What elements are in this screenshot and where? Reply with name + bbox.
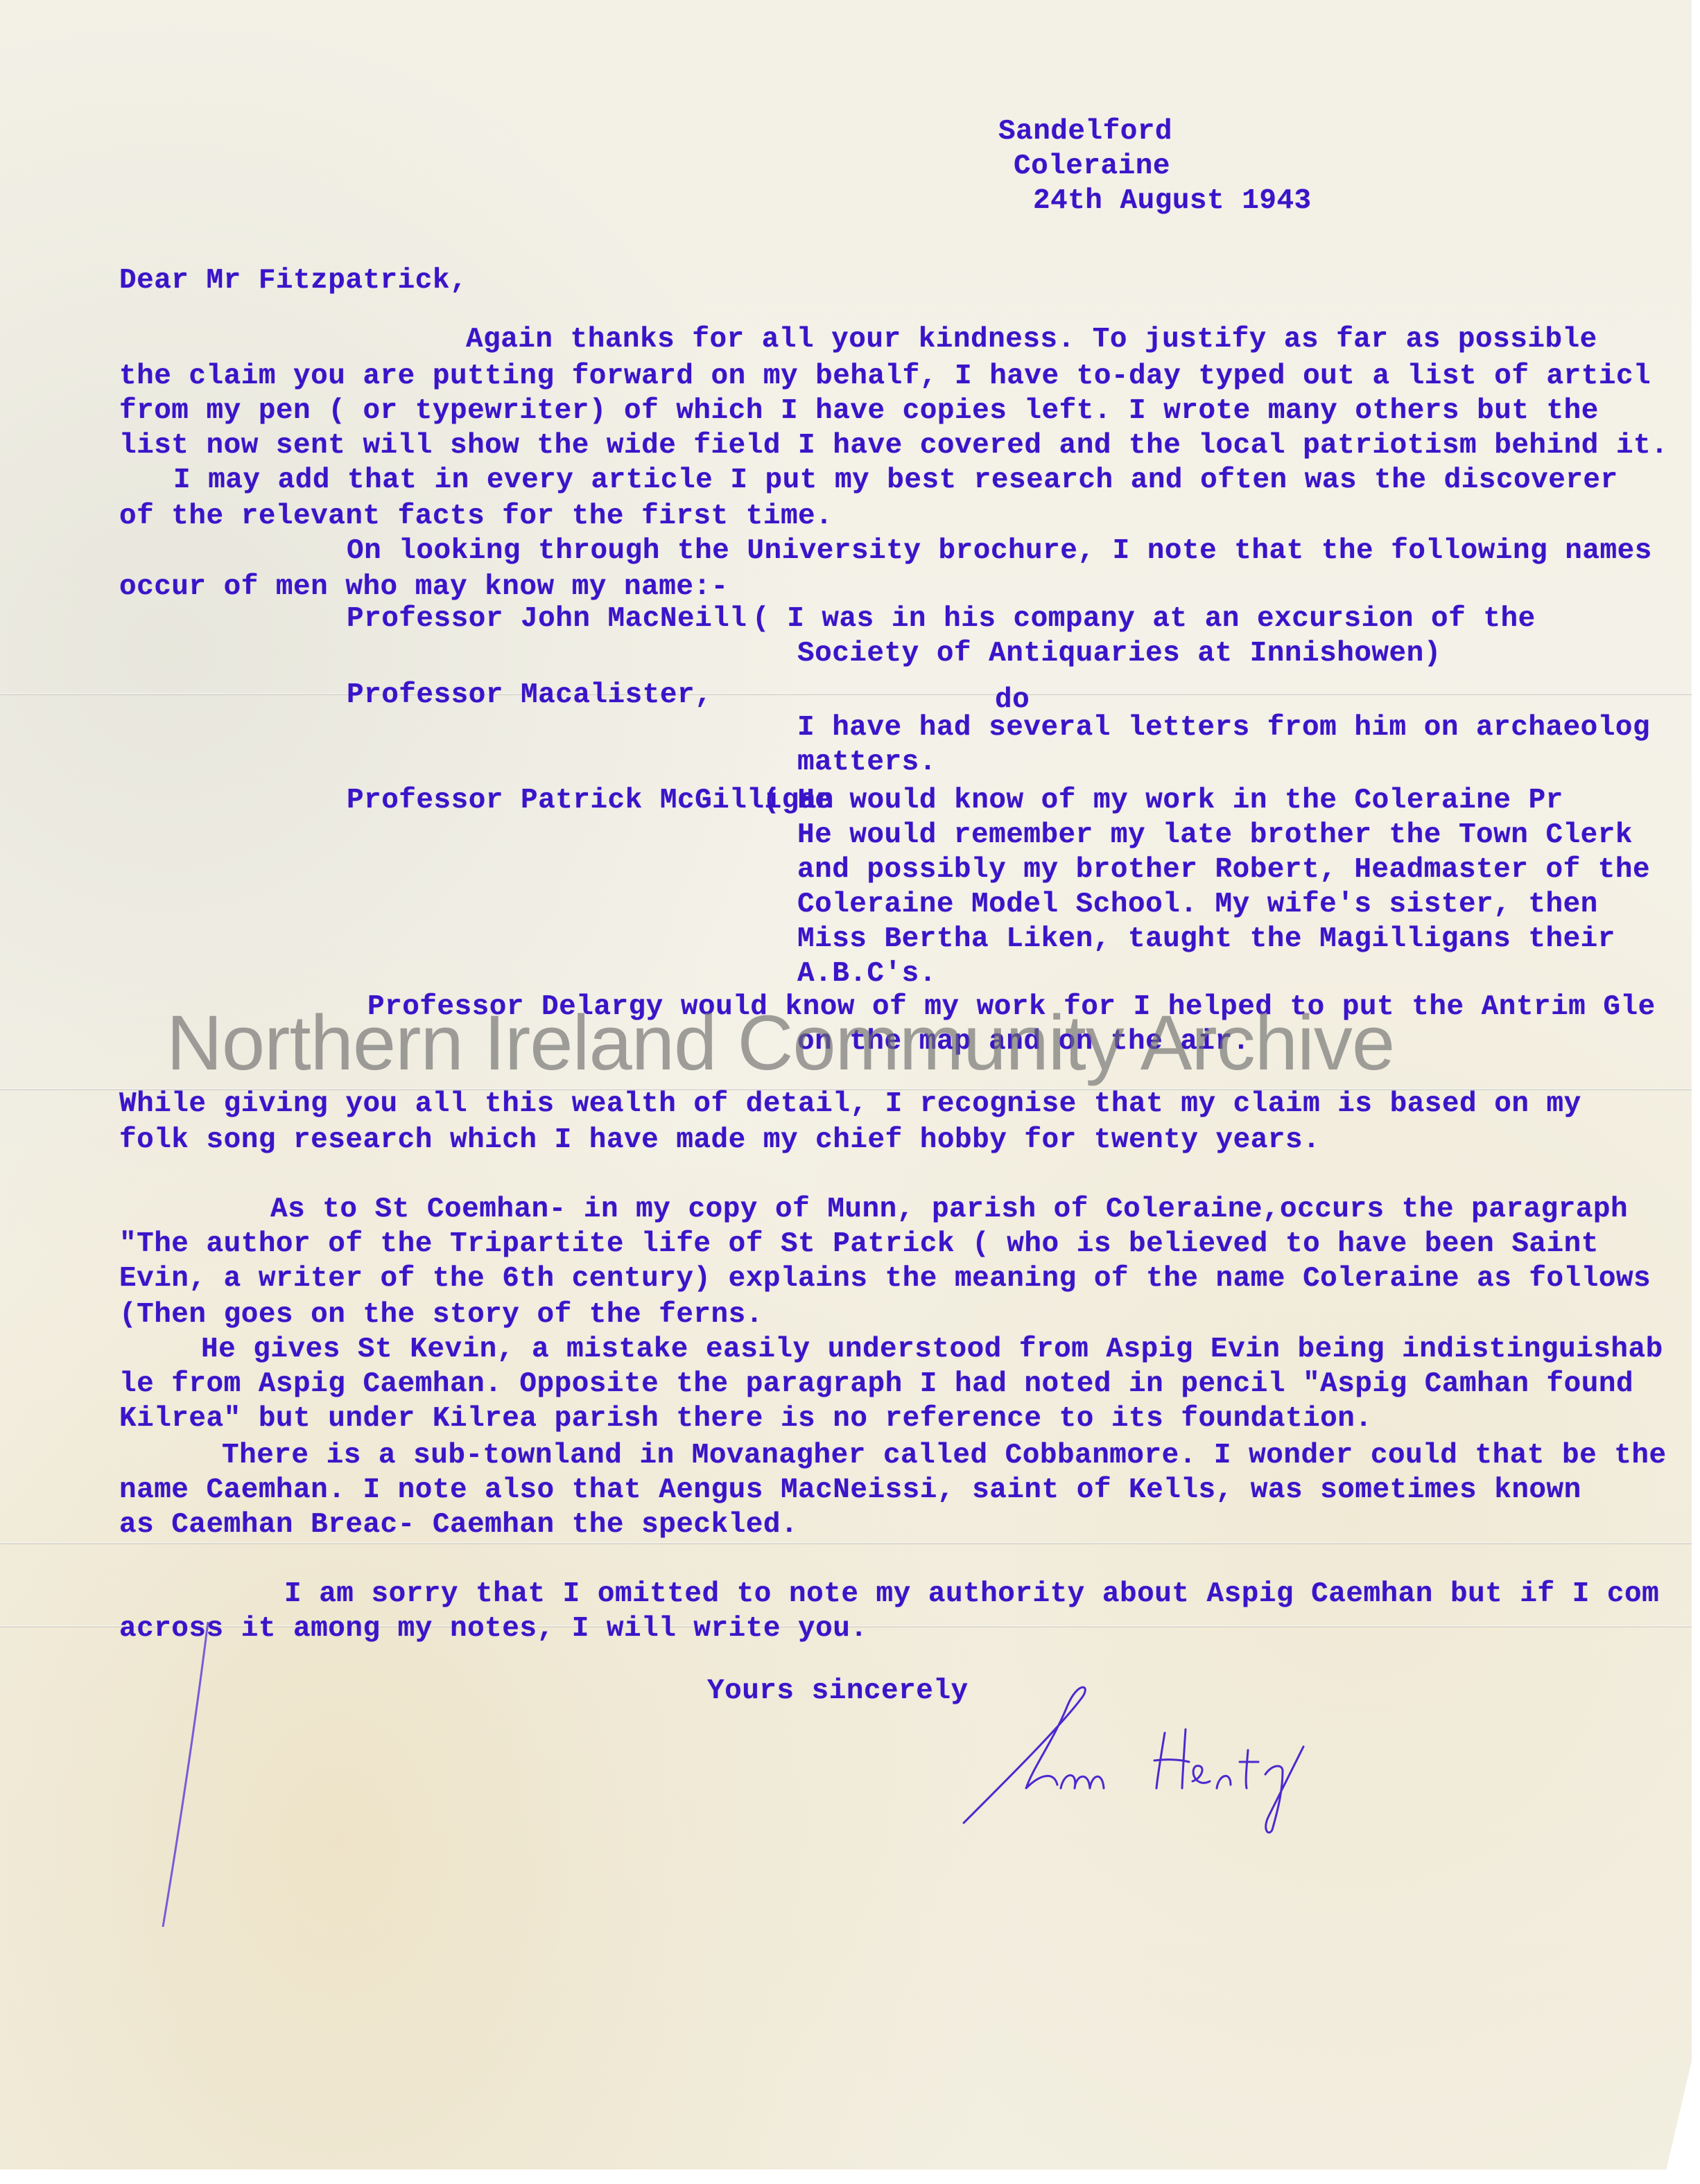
signature-sam-henry: Sam Henry (957, 1684, 1400, 1837)
professor-note: Coleraine Model School. My wife's sister… (797, 887, 1598, 922)
coemhan-line: As to St Coemhan- in my copy of Munn, pa… (270, 1192, 1628, 1227)
professor-note: ( He would know of my work in the Colera… (763, 783, 1563, 818)
coemhan-line: name Caemhan. I note also that Aengus Ma… (119, 1473, 1581, 1508)
body-line: I may add that in every article I put my… (173, 463, 1618, 498)
coemhan-line: There is a sub-townland in Movanagher ca… (222, 1438, 1667, 1473)
fold-crease (0, 693, 1692, 695)
body-line: list now sent will show the wide field I… (119, 428, 1668, 463)
professor-note: He would remember my late brother the To… (797, 818, 1633, 853)
claim-line: While giving you all this wealth of deta… (119, 1087, 1581, 1121)
coemhan-line: (Then goes on the story of the ferns. (119, 1298, 763, 1332)
professor-note: Miss Bertha Liken, taught the Magilligan… (797, 922, 1615, 956)
coemhan-line: le from Aspig Caemhan. Opposite the para… (119, 1367, 1633, 1401)
coemhan-line: as Caemhan Breac- Caemhan the speckled. (119, 1508, 798, 1542)
professor-note: A.B.C's. (797, 956, 937, 991)
closing-line: I am sorry that I omitted to note my aut… (284, 1577, 1659, 1611)
body-line: occur of men who may know my name:- (119, 570, 729, 604)
coemhan-line: Kilrea" but under Kilrea parish there is… (119, 1401, 1373, 1436)
closing-line: across it among my notes, I will write y… (119, 1611, 867, 1646)
archive-watermark: Northern Ireland Community Archive (166, 998, 1394, 1087)
professor-name: Professor John MacNeill (347, 602, 747, 636)
body-line: Again thanks for all your kindness. To j… (466, 322, 1597, 357)
professor-note: and possibly my brother Robert, Headmast… (797, 853, 1650, 887)
address-line-1: Sandelford (998, 114, 1172, 149)
body-line: the claim you are putting forward on my … (119, 359, 1651, 394)
professor-name: Professor Patrick McGilligan (347, 783, 834, 818)
valediction: Yours sincerely (707, 1674, 969, 1709)
salutation: Dear Mr Fitzpatrick, (119, 263, 467, 298)
letter-date: 24th August 1943 (1033, 184, 1312, 218)
claim-line: folk song research which I have made my … (119, 1123, 1320, 1157)
coemhan-line: "The author of the Tripartite life of St… (119, 1227, 1599, 1261)
professor-note: I have had several letters from him on a… (797, 710, 1650, 745)
professor-note: matters. (797, 745, 937, 780)
professor-note: ( I was in his company at an excursion o… (752, 602, 1536, 636)
coemhan-line: Evin, a writer of the 6th century) expla… (119, 1261, 1651, 1296)
pen-mark (159, 1622, 215, 1927)
fold-crease (0, 1542, 1692, 1544)
professor-name: Professor Macalister, (347, 678, 712, 713)
body-line: of the relevant facts for the first time… (119, 499, 833, 534)
body-line: from my pen ( or typewriter) of which I … (119, 394, 1599, 428)
address-line-2: Coleraine (1014, 149, 1170, 184)
coemhan-line: He gives St Kevin, a mistake easily unde… (201, 1332, 1663, 1367)
professor-note: Society of Antiquaries at Innishowen) (797, 636, 1441, 671)
body-line: On looking through the University brochu… (347, 534, 1652, 568)
